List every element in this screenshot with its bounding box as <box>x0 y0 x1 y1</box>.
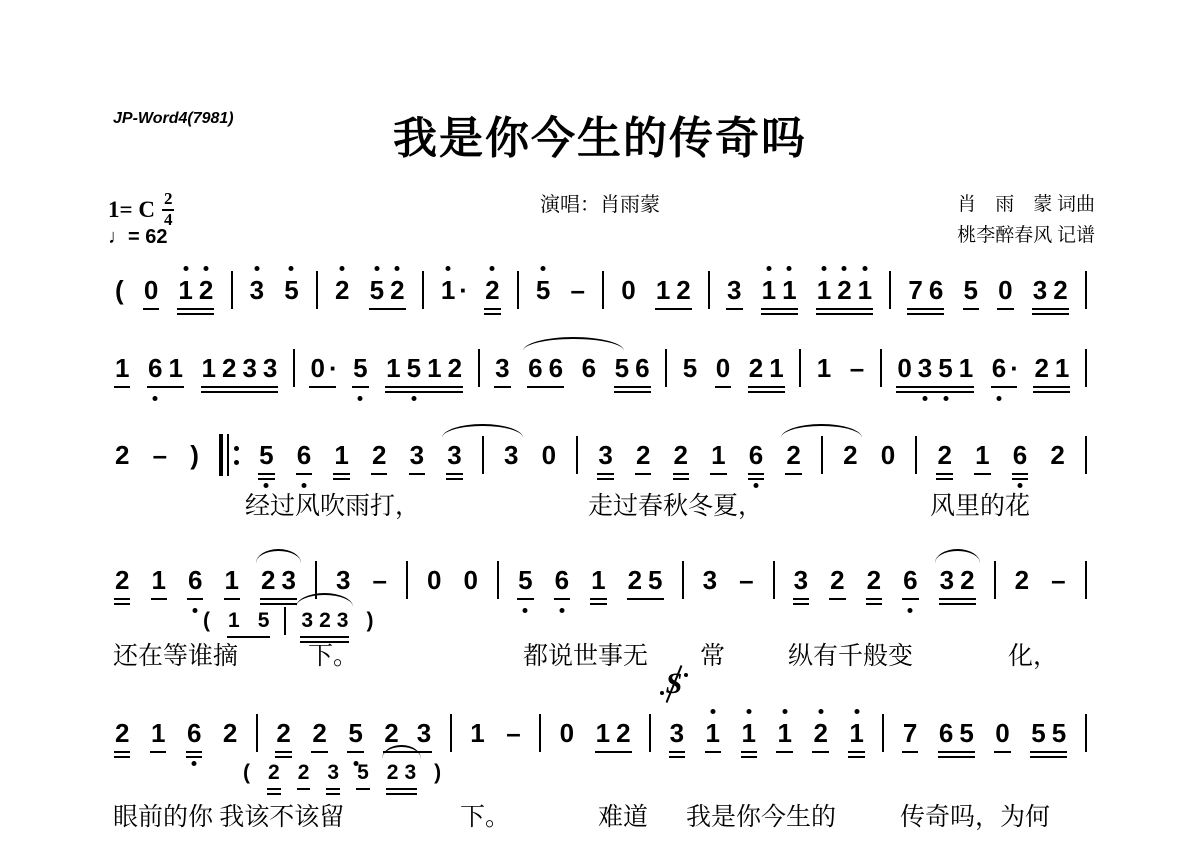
note-digit: 2 <box>196 275 216 305</box>
note-group: 6· <box>989 353 1019 383</box>
note-digit: 7 <box>900 718 920 748</box>
note-digit: 6 <box>936 718 956 748</box>
note-digit: 1 <box>956 353 976 383</box>
note-digit: 0 <box>539 440 559 470</box>
paren: ) <box>363 609 376 633</box>
repeat-dot <box>234 446 239 451</box>
note-digit: 0 <box>307 353 327 383</box>
note-digit: 6 <box>525 353 545 383</box>
note-group: 32 <box>937 565 978 595</box>
note-group: 23 <box>381 718 434 748</box>
note-group: 0 <box>461 565 481 595</box>
note-digit: 2 <box>613 718 633 748</box>
barline <box>649 714 651 752</box>
note-digit: 5 <box>354 761 372 785</box>
octave-dot-below <box>358 396 363 401</box>
note-group: 3 <box>501 440 521 470</box>
note-group: 3 <box>492 353 512 383</box>
octave-dot-above <box>746 709 751 714</box>
note-digit: 0 <box>995 275 1015 305</box>
octave-dot-above <box>710 709 715 714</box>
note-group: 65 <box>936 718 977 748</box>
note-digit: 5 <box>350 353 370 383</box>
credits: 肖 雨 蒙 词曲 桃李醉春风 记谱 <box>957 189 1095 251</box>
lyrics-phrase: 化， <box>1008 636 1058 672</box>
note-digit: 1 <box>148 718 168 748</box>
octave-dot-above <box>818 709 823 714</box>
note-group: 7 <box>900 718 920 748</box>
octave-dot-below <box>193 608 198 613</box>
octave-dot-below <box>411 396 416 401</box>
note-digit: 2 <box>625 565 645 595</box>
note-digit: 2 <box>381 718 401 748</box>
note-digit: 2 <box>834 275 854 305</box>
key-signature: 1= C 2 4 <box>108 190 174 229</box>
note-group: 3 <box>667 718 687 748</box>
barline <box>1085 349 1087 387</box>
note-digit: 6 <box>989 353 1009 383</box>
barline <box>422 271 424 309</box>
lyrics-phrase: 都说世事无 <box>523 636 648 672</box>
note-group: 2 <box>482 275 502 305</box>
note-digit: 2 <box>671 440 691 470</box>
transcriber-credit: 桃李醉春风 记谱 <box>957 220 1095 251</box>
note-group: 0351 <box>894 353 976 383</box>
barline <box>799 349 801 387</box>
octave-dot-above <box>446 266 451 271</box>
note-digit: 3 <box>260 353 280 383</box>
note-group: 56 <box>612 353 653 383</box>
note-digit: 5 <box>1028 718 1048 748</box>
note-digit: 2 <box>295 761 313 785</box>
note-group: 15 <box>225 609 272 633</box>
note-group: 1233 <box>199 353 281 383</box>
octave-dot-below <box>996 396 1001 401</box>
note-group: 1 <box>588 565 608 595</box>
note-group: – <box>503 718 523 748</box>
barline <box>682 561 684 599</box>
note-digit: 6 <box>184 718 204 748</box>
repeat-dot <box>234 460 239 465</box>
note-digit: 3 <box>444 440 464 470</box>
note-group: 3 <box>324 761 342 785</box>
note-group: 6 <box>294 440 314 470</box>
note-group: 0 <box>539 440 559 470</box>
barline <box>994 561 996 599</box>
note-group: – <box>847 353 867 383</box>
note-digit: 2 <box>673 275 693 305</box>
note-digit: 1 <box>846 718 866 748</box>
note-group: 323 <box>298 609 351 633</box>
note-group: 12 <box>175 275 216 305</box>
note-group: 55 <box>1028 718 1069 748</box>
paren: ( <box>200 609 213 633</box>
note-digit: 5 <box>645 565 665 595</box>
note-group: 11 <box>759 275 800 305</box>
octave-dot-above <box>395 266 400 271</box>
dash-note: – <box>370 565 390 595</box>
note-digit: 3 <box>1030 275 1050 305</box>
octave-dot-above <box>204 266 209 271</box>
note-group: 6 <box>746 440 766 470</box>
barline <box>478 349 480 387</box>
note-digit: 3 <box>791 565 811 595</box>
note-digit: 3 <box>239 353 259 383</box>
barline <box>1085 436 1087 474</box>
key-label: 1= C <box>108 197 155 223</box>
note-digit: 2 <box>219 353 239 383</box>
note-digit: 1 <box>149 565 169 595</box>
note-group: 2 <box>112 565 132 595</box>
note-digit: 2 <box>746 353 766 383</box>
note-digit: 0 <box>713 353 733 383</box>
barline <box>915 436 917 474</box>
note-digit: 2 <box>387 275 407 305</box>
note-group: 2 <box>332 275 352 305</box>
note-group: 5 <box>515 565 535 595</box>
note-digit: 1 <box>467 718 487 748</box>
repeat-thin-bar <box>227 434 229 476</box>
note-digit: 2 <box>1047 440 1067 470</box>
note-digit: 1 <box>1052 353 1072 383</box>
note-group: 2 <box>827 565 847 595</box>
note-digit: 0 <box>461 565 481 595</box>
notation-subline-5: (223523) <box>240 755 444 791</box>
lyrics-phrase: 还在等谁摘 <box>113 636 238 672</box>
tempo-marking: ♩= 62 <box>108 226 167 249</box>
note-digit: 2 <box>309 718 329 748</box>
octave-dot-above <box>541 266 546 271</box>
note-digit: 1 <box>814 353 834 383</box>
note-digit: 5 <box>281 275 301 305</box>
note-digit: 0 <box>618 275 638 305</box>
note-digit: 1 <box>588 565 608 595</box>
note-group: 1 <box>331 440 351 470</box>
note-group: – <box>736 565 756 595</box>
note-digit: 6 <box>579 353 599 383</box>
note-digit: 2 <box>827 565 847 595</box>
note-group: 3 <box>444 440 464 470</box>
note-group: 1 <box>814 353 834 383</box>
note-digit: 2 <box>112 565 132 595</box>
note-group: 5 <box>680 353 700 383</box>
repeat-thick-bar <box>219 434 223 476</box>
notation-line-2: 16112330·5151236665650211–03516·21 <box>112 344 1087 392</box>
octave-dot-above <box>254 266 259 271</box>
note-group: – <box>150 440 170 470</box>
octave-dot-above <box>766 266 771 271</box>
note-digit: 6 <box>185 565 205 595</box>
note-digit: 3 <box>700 565 720 595</box>
paren: ( <box>240 761 253 785</box>
note-digit: 1 <box>593 718 613 748</box>
note-digit: 5 <box>612 353 632 383</box>
note-digit: 5 <box>935 353 955 383</box>
note-digit: 5 <box>367 275 387 305</box>
note-group: 5 <box>961 275 981 305</box>
note-group: 5 <box>350 353 370 383</box>
augmentation-dot: · <box>329 353 338 383</box>
note-group: 2 <box>671 440 691 470</box>
note-digit: 2 <box>445 353 465 383</box>
note-group: 3 <box>700 565 720 595</box>
note-digit: 3 <box>414 718 434 748</box>
note-digit: 3 <box>724 275 744 305</box>
note-group: 2 <box>273 718 293 748</box>
octave-dot-above <box>340 266 345 271</box>
note-group: 0 <box>878 440 898 470</box>
repeat-dots <box>234 446 239 465</box>
note-digit: 6 <box>746 440 766 470</box>
note-digit: 1 <box>438 275 458 305</box>
lyrics-phrase: 经过风吹雨打， <box>245 486 420 522</box>
note-digit: 0 <box>992 718 1012 748</box>
dash-note: – <box>503 718 523 748</box>
tie-arc <box>523 337 624 351</box>
note-group: ( <box>240 761 253 785</box>
barline <box>1085 714 1087 752</box>
octave-dot-above <box>854 709 859 714</box>
note-digit: 1 <box>779 275 799 305</box>
note-group: 6 <box>185 565 205 595</box>
note-digit: 0 <box>557 718 577 748</box>
note-group: 5 <box>281 275 301 305</box>
barline <box>517 271 519 309</box>
note-group: 21 <box>746 353 787 383</box>
octave-dot-above <box>289 266 294 271</box>
note-group: 2 <box>295 761 313 785</box>
note-digit: 3 <box>595 440 615 470</box>
note-digit: 5 <box>1049 718 1069 748</box>
note-group: 0 <box>424 565 444 595</box>
time-signature: 2 4 <box>162 190 175 229</box>
octave-dot-above <box>374 266 379 271</box>
barline <box>889 271 891 309</box>
lyrics-phrase: 纵有千般变 <box>788 636 913 672</box>
note-group: 5 <box>256 440 276 470</box>
note-group: 2 <box>1047 440 1067 470</box>
note-group: – <box>370 565 390 595</box>
note-digit: 2 <box>112 440 132 470</box>
octave-dot-below <box>192 761 197 766</box>
note-group: 6 <box>552 565 572 595</box>
note-group: 25 <box>625 565 666 595</box>
note-digit: 1 <box>703 718 723 748</box>
octave-dot-above <box>782 709 787 714</box>
note-group: 3 <box>595 440 615 470</box>
note-group: 3 <box>724 275 744 305</box>
note-group: 0 <box>141 275 161 305</box>
tie-arc <box>442 424 522 438</box>
note-digit: 5 <box>345 718 365 748</box>
barline <box>284 607 286 635</box>
note-group: 1 <box>739 718 759 748</box>
note-group: 6 <box>579 353 599 383</box>
note-digit: 1 <box>222 565 242 595</box>
barline <box>256 714 258 752</box>
note-digit: 3 <box>324 761 342 785</box>
lyrics-phrase: 眼前的你 我该不该留 <box>113 797 344 833</box>
note-group: ) <box>187 440 202 470</box>
note-digit: 6 <box>926 275 946 305</box>
note-digit: 1 <box>653 275 673 305</box>
barline <box>880 349 882 387</box>
note-digit: 1 <box>855 275 875 305</box>
note-digit: 6 <box>145 353 165 383</box>
dash-note: – <box>1048 565 1068 595</box>
note-group: 3 <box>333 565 353 595</box>
note-group: 5 <box>345 718 365 748</box>
note-group: 1 <box>846 718 866 748</box>
note-digit: 1 <box>708 440 728 470</box>
note-group: 1 <box>708 440 728 470</box>
lyrics-phrase: 风里的花 <box>930 486 1030 522</box>
note-digit: 5 <box>680 353 700 383</box>
note-digit: 1 <box>424 353 444 383</box>
note-group: 1 <box>774 718 794 748</box>
note-digit: 5 <box>404 353 424 383</box>
note-group: – <box>1048 565 1068 595</box>
barline <box>497 561 499 599</box>
octave-dot-below <box>523 608 528 613</box>
note-digit: 6 <box>632 353 652 383</box>
note-digit: 5 <box>533 275 553 305</box>
lyrics-phrase: 下。 <box>460 797 510 833</box>
note-digit: 5 <box>515 565 535 595</box>
notation-line-5: 2162225231–012311121765055 <box>112 709 1087 757</box>
octave-dot-above <box>862 266 867 271</box>
note-digit: 5 <box>255 609 273 633</box>
note-group: 0 <box>713 353 733 383</box>
notation-line-4: 2161233–00561253–3226322– <box>112 556 1087 604</box>
barline <box>576 436 578 474</box>
note-group: 2 <box>783 440 803 470</box>
note-digit: 3 <box>501 440 521 470</box>
note-digit: 6 <box>546 353 566 383</box>
note-group: 1 <box>149 565 169 595</box>
note-digit: 2 <box>783 440 803 470</box>
note-group: 2 <box>265 761 283 785</box>
octave-dot-below <box>153 396 158 401</box>
note-digit: 2 <box>957 565 977 595</box>
note-group: 12 <box>653 275 694 305</box>
note-group: 2 <box>369 440 389 470</box>
note-group: 5 <box>354 761 372 785</box>
note-digit: 2 <box>864 565 884 595</box>
note-group: 21 <box>1031 353 1072 383</box>
octave-dot-above <box>787 266 792 271</box>
dash-note: – <box>567 275 587 305</box>
note-group: 3 <box>247 275 267 305</box>
note-group: 2 <box>112 440 132 470</box>
note-group: 61 <box>145 353 186 383</box>
note-group: – <box>567 275 587 305</box>
lyrics-phrase: 传奇吗，为何 <box>900 797 1050 833</box>
note-group: 0 <box>995 275 1015 305</box>
note-digit: 2 <box>1050 275 1070 305</box>
note-digit: 1 <box>739 718 759 748</box>
note-group: ) <box>431 761 444 785</box>
note-group: 0 <box>618 275 638 305</box>
paren: ) <box>431 761 444 785</box>
note-digit: 1 <box>199 353 219 383</box>
note-digit: 2 <box>840 440 860 470</box>
lyricist-composer-credit: 肖 雨 蒙 词曲 <box>957 189 1095 220</box>
dash-note: – <box>736 565 756 595</box>
segno-dot <box>684 673 688 677</box>
tie-arc <box>935 549 980 563</box>
note-digit: 3 <box>401 761 419 785</box>
augmentation-dot: · <box>1010 353 1019 383</box>
note-group: 1 <box>467 718 487 748</box>
note-digit: 2 <box>482 275 502 305</box>
note-group: 76 <box>905 275 946 305</box>
note-group: ) <box>363 609 376 633</box>
lyrics-phrase: 我是你今生的 <box>686 797 836 833</box>
note-digit: 3 <box>334 609 352 633</box>
note-group: 6 <box>184 718 204 748</box>
barline <box>708 271 710 309</box>
note-group: 2 <box>840 440 860 470</box>
note-group: 121 <box>814 275 875 305</box>
note-group: 66 <box>525 353 566 383</box>
octave-dot-below <box>943 396 948 401</box>
note-group: 3 <box>407 440 427 470</box>
octave-dot-below <box>559 608 564 613</box>
note-group: 1 <box>148 718 168 748</box>
note-digit: 3 <box>937 565 957 595</box>
barline <box>602 271 604 309</box>
note-digit: 1 <box>331 440 351 470</box>
note-digit: 6 <box>1010 440 1030 470</box>
note-digit: 1 <box>766 353 786 383</box>
note-digit: 7 <box>905 275 925 305</box>
note-digit: 2 <box>934 440 954 470</box>
segno-icon: S <box>660 666 688 702</box>
barline <box>665 349 667 387</box>
paren: ( <box>112 275 127 305</box>
octave-dot-below <box>908 608 913 613</box>
octave-dot-above <box>821 266 826 271</box>
note-digit: 1 <box>774 718 794 748</box>
note-digit: 3 <box>278 565 298 595</box>
note-digit: 1 <box>383 353 403 383</box>
note-group: ( <box>112 275 127 305</box>
note-group: 1 <box>703 718 723 748</box>
barline <box>406 561 408 599</box>
lyrics-phrase: 下。 <box>308 636 358 672</box>
barline <box>293 349 295 387</box>
barline <box>1085 561 1087 599</box>
octave-dot-above <box>842 266 847 271</box>
note-digit: 2 <box>810 718 830 748</box>
tie-arc <box>781 424 861 438</box>
dash-note: – <box>150 440 170 470</box>
note-digit: 3 <box>492 353 512 383</box>
note-digit: 6 <box>294 440 314 470</box>
note-group: 2 <box>309 718 329 748</box>
note-group: 3 <box>791 565 811 595</box>
note-digit: 3 <box>407 440 427 470</box>
note-group: 52 <box>367 275 408 305</box>
note-group: 2 <box>934 440 954 470</box>
note-group: 1 <box>222 565 242 595</box>
barline <box>316 271 318 309</box>
notation-line-3: 2–)56123330322162202162 <box>112 431 1087 479</box>
note-group: 23 <box>384 761 419 785</box>
note-group: 5 <box>533 275 553 305</box>
note-digit: 3 <box>247 275 267 305</box>
